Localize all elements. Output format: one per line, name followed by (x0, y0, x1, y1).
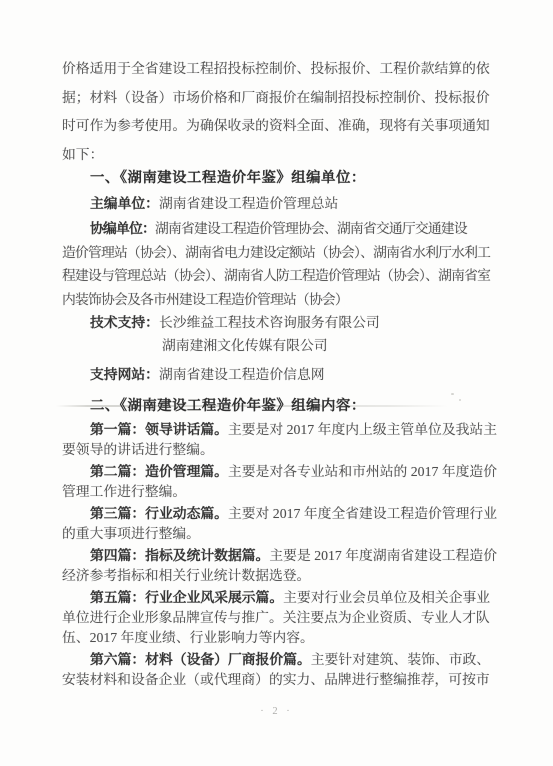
website-line: 支持网站：湖南省建设工程造价信息网 (62, 363, 553, 386)
chief-editor-label: 主编单位： (90, 196, 159, 211)
section2-heading: 二、《湖南建设工程造价年鉴》组编内容： (62, 394, 553, 418)
intro-paragraph: 价格适用于全省建设工程招投标控制价、投标报价、工程价款结算的依 据；材料（设备）… (62, 55, 553, 169)
yearbook-item-3: 第三篇：行业动态篇。主要对 2017 年度全省建设工程造价管理行业 的重大事项进… (62, 504, 553, 544)
scanned-document-page: 价格适用于全省建设工程招投标控制价、投标报价、工程价款结算的依 据；材料（设备）… (0, 0, 553, 766)
yearbook-item-2: 第二篇：造价管理篇。主要是对各专业站和市州站的 2017 年度造价 管理工作进行… (62, 462, 553, 502)
tech-support-line-2: 湖南建湘文化传媒有限公司 (162, 334, 553, 357)
yearbook-item-1-title: 第一篇：领导讲话篇。 (90, 422, 228, 437)
yearbook-item-3-title: 第三篇：行业动态篇。 (90, 506, 228, 521)
chief-editor-line: 主编单位：湖南省建设工程造价管理总站 (62, 191, 553, 217)
yearbook-item-4-title: 第四篇：指标及统计数据篇。 (90, 548, 269, 563)
yearbook-item-6-title: 第六篇：材料（设备）厂商报价篇。 (90, 652, 311, 667)
page-number: · 2 · (0, 706, 553, 717)
yearbook-item-2-title: 第二篇：造价管理篇。 (90, 464, 228, 479)
co-editors-line: 协编单位：湖南省建设工程造价管理协会、湖南省交通厅交通建设 造价管理站（协会）、… (62, 217, 553, 311)
yearbook-item-6: 第六篇：材料（设备）厂商报价篇。主要针对建筑、装饰、市政、 安装材料和设备企业（… (62, 650, 553, 690)
yearbook-item-1: 第一篇：领导讲话篇。主要是对 2017 年度内上级主管单位及我站主 要领导的讲话… (62, 420, 553, 460)
section1-heading: 一、《湖南建设工程造价年鉴》组编单位： (62, 165, 553, 191)
website-value: 湖南省建设工程造价信息网 (159, 367, 325, 382)
website-label: 支持网站： (90, 367, 159, 382)
document-body: 价格适用于全省建设工程招投标控制价、投标报价、工程价款结算的依 据；材料（设备）… (62, 55, 553, 690)
tech-support-label: 技术支持： (90, 315, 159, 330)
yearbook-item-4: 第四篇：指标及统计数据篇。主要是 2017 年度湖南省建设工程造价 经济参考指标… (62, 546, 553, 586)
tech-support-line: 技术支持：长沙维益工程技术咨询服务有限公司 (62, 311, 553, 334)
yearbook-item-5: 第五篇：行业企业风采展示篇。主要对行业会员单位及相关企事业 单位进行企业形象品牌… (62, 588, 553, 648)
co-editors-label: 协编单位： (90, 221, 155, 236)
yearbook-item-5-title: 第五篇：行业企业风采展示篇。 (90, 590, 283, 605)
chief-editor-value: 湖南省建设工程造价管理总站 (159, 196, 338, 211)
tech-support-value: 长沙维益工程技术咨询服务有限公司 (159, 315, 380, 330)
